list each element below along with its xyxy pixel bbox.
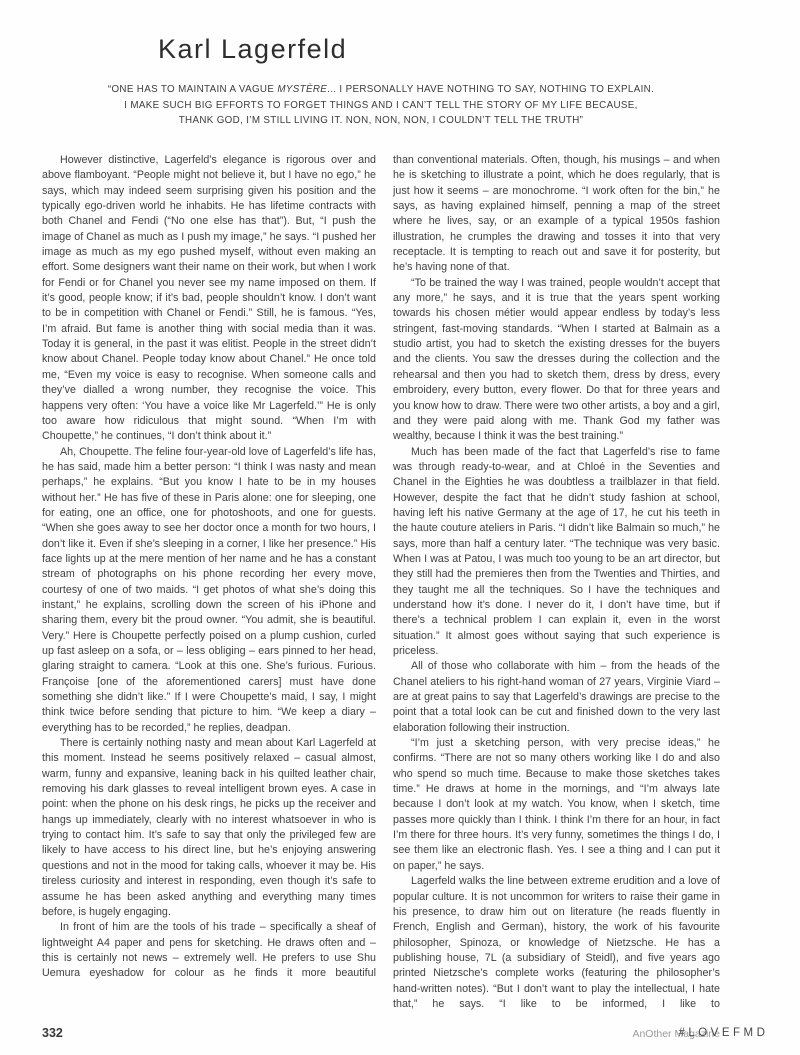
article-body: However distinctive, Lagerfeld’s eleganc… bbox=[42, 153, 720, 1021]
footer-credit: AnOther Magazine #LOVEFMD bbox=[632, 1028, 720, 1040]
pull-quote-line-2: I MAKE SUCH BIG EFFORTS TO FORGET THINGS… bbox=[42, 98, 720, 114]
paragraph-left-1: However distinctive, Lagerfeld’s eleganc… bbox=[42, 153, 376, 445]
paragraph-right-1: than conventional materials. Often, thou… bbox=[393, 153, 720, 276]
paragraph-right-6: Lagerfeld walks the line between extreme… bbox=[393, 874, 720, 1012]
column-right: than conventional materials. Often, thou… bbox=[393, 153, 720, 1021]
paragraph-right-2: “To be trained the way I was trained, pe… bbox=[393, 276, 720, 445]
paragraph-left-2: Ah, Choupette. The feline four-year-old … bbox=[42, 445, 376, 737]
pull-quote-line-3: THANK GOD, I’M STILL LIVING IT. NON, NON… bbox=[42, 113, 720, 129]
page-title: Karl Lagerfeld bbox=[158, 34, 347, 65]
column-left: However distinctive, Lagerfeld’s eleganc… bbox=[42, 153, 376, 1021]
paragraph-right-4: All of those who collaborate with him – … bbox=[393, 659, 720, 736]
paragraph-right-3: Much has been made of the fact that Lage… bbox=[393, 445, 720, 660]
quote-text: ... I PERSONALLY HAVE NOTHING TO SAY, NO… bbox=[327, 84, 654, 95]
quote-italic-word: MYSTÈRE bbox=[277, 84, 327, 95]
pull-quote-line-1: “ONE HAS TO MAINTAIN A VAGUE MYSTÈRE... … bbox=[42, 82, 720, 98]
paragraph-right-5: “I’m just a sketching person, with very … bbox=[393, 736, 720, 874]
pull-quote: “ONE HAS TO MAINTAIN A VAGUE MYSTÈRE... … bbox=[42, 82, 720, 129]
quote-text: “ONE HAS TO MAINTAIN A VAGUE bbox=[108, 84, 277, 95]
magazine-page: Karl Lagerfeld “ONE HAS TO MAINTAIN A VA… bbox=[0, 0, 800, 1055]
watermark-text: #LOVEFMD bbox=[678, 1027, 768, 1039]
page-number: 332 bbox=[42, 1026, 63, 1040]
paragraph-left-3: There is certainly nothing nasty and mea… bbox=[42, 736, 376, 920]
paragraph-left-4: In front of him are the tools of his tra… bbox=[42, 920, 376, 981]
